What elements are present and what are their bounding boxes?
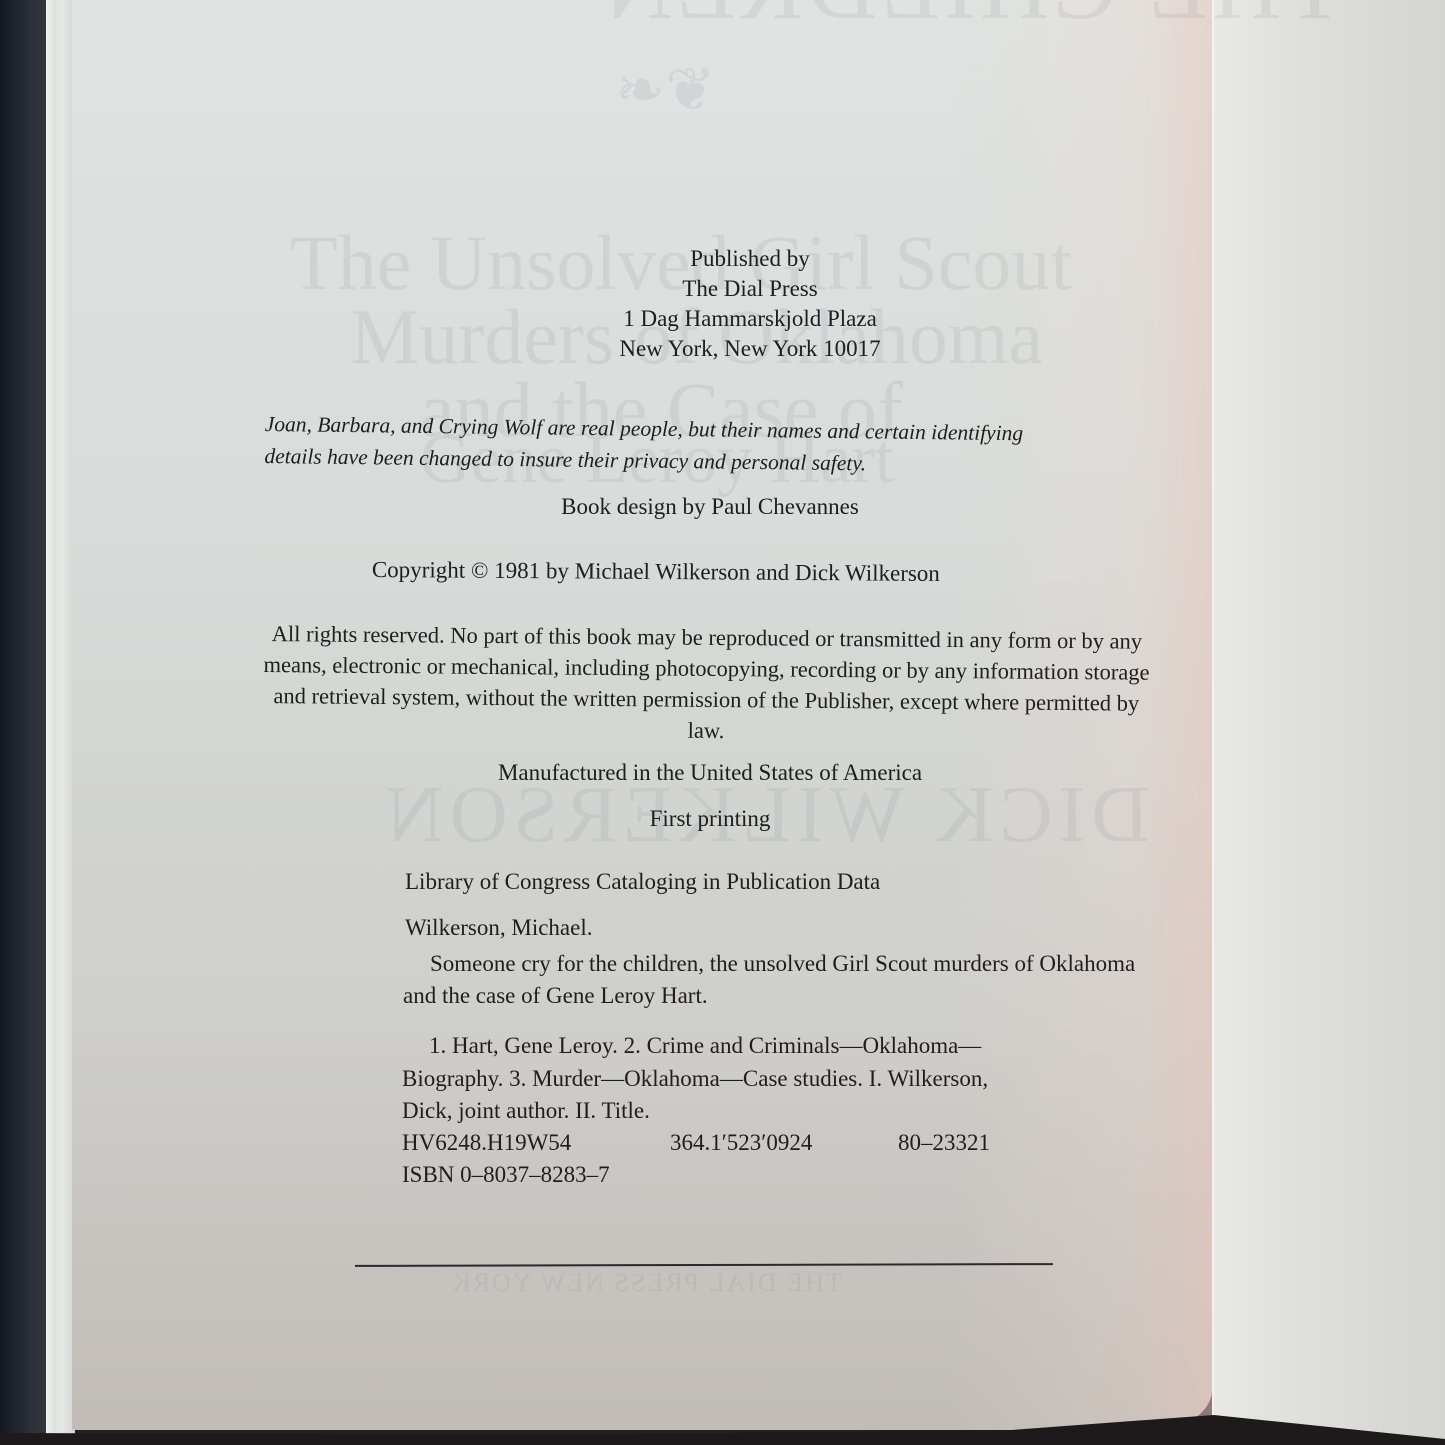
lccn: 80–23321 [898, 1128, 990, 1158]
publisher-block: Published by The Dial Press 1 Dag Hammar… [470, 244, 1030, 364]
publisher-street: 1 Dag Hammarskjold Plaza [470, 304, 1030, 334]
publisher-city: New York, New York 10017 [470, 334, 1030, 364]
facing-page [1212, 0, 1445, 1445]
lc-call-number: HV6248.H19W54 [402, 1128, 670, 1158]
manufactured-line: Manufactured in the United States of Ame… [440, 758, 980, 788]
copyright-line: Copyright © 1981 by Michael Wilkerson an… [372, 555, 940, 589]
book-cover-edge [0, 0, 52, 1445]
cip-subjects: 1. Hart, Gene Leroy. 2. Crime and Crimin… [402, 1030, 1022, 1128]
photo-scene: THE CHILDREN ❧❦ The Unsolved Girl Scout … [0, 0, 1445, 1445]
page-edges [46, 0, 75, 1440]
cip-classification: HV6248.H19W54 364.1′523′0924 80–23321 [402, 1128, 1022, 1158]
isbn: ISBN 0–8037–8283–7 [402, 1160, 610, 1190]
cip-title-statement: Someone cry for the children, the unsolv… [403, 948, 1143, 1012]
privacy-notice: Joan, Barbara, and Crying Wolf are real … [264, 408, 1023, 481]
printing-line: First printing [440, 804, 980, 834]
publisher-name: The Dial Press [470, 274, 1030, 304]
published-by-line: Published by [470, 244, 1030, 274]
cip-author: Wilkerson, Michael. [405, 913, 593, 943]
cip-heading: Library of Congress Cataloging in Public… [405, 867, 880, 897]
book-design-credit: Book design by Paul Chevannes [440, 492, 980, 522]
dewey-number: 364.1′523′0924 [670, 1128, 898, 1158]
rights-statement: All rights reserved. No part of this boo… [261, 618, 1152, 750]
